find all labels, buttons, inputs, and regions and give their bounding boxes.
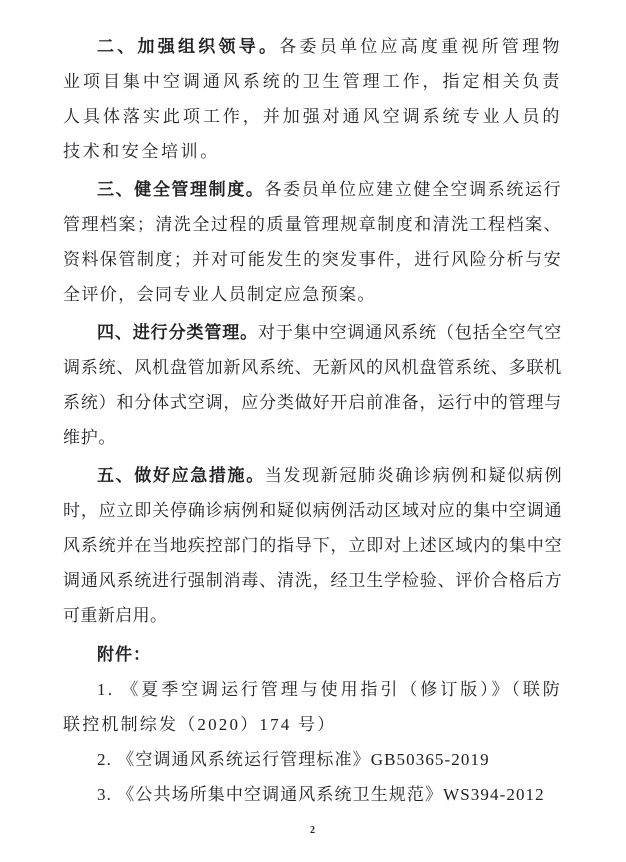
attachment-item-2: 2. 《空调通风系统运行管理标准》GB50365-2019 <box>63 742 562 777</box>
paragraph-heading: 四、进行分类管理。 <box>97 323 258 342</box>
paragraph-heading: 三、健全管理制度。 <box>97 180 264 199</box>
paragraph-classified-management: 四、进行分类管理。对于集中空调通风系统（包括全空气空调系统、风机盘管加新风系统、… <box>63 315 562 455</box>
paragraph-heading: 二、加强组织领导。 <box>97 37 279 56</box>
document-page: 二、加强组织领导。各委员单位应高度重视所管理物业项目集中空调通风系统的卫生管理工… <box>0 0 626 862</box>
paragraph-heading: 五、做好应急措施。 <box>97 466 265 485</box>
paragraph-emergency-measures: 五、做好应急措施。当发现新冠肺炎确诊病例和疑似病例时，应立即关停确诊病例和疑似病… <box>63 458 562 633</box>
paragraph-body: 当发现新冠肺炎确诊病例和疑似病例时，应立即关停确诊病例和疑似病例活动区域对应的集… <box>63 466 562 625</box>
attachment-item-3: 3. 《公共场所集中空调通风系统卫生规范》WS394-2012 <box>63 777 562 812</box>
paragraph-strengthen-leadership: 二、加强组织领导。各委员单位应高度重视所管理物业项目集中空调通风系统的卫生管理工… <box>63 29 562 169</box>
attachment-item-1: 1. 《夏季空调运行管理与使用指引（修订版）》（联防联控机制综发（2020）17… <box>63 672 562 742</box>
paragraph-management-system: 三、健全管理制度。各委员单位应建立健全空调系统运行管理档案；清洗全过程的质量管理… <box>63 172 562 312</box>
page-number: 2 <box>63 824 562 838</box>
attachments-label: 附件： <box>63 637 562 672</box>
